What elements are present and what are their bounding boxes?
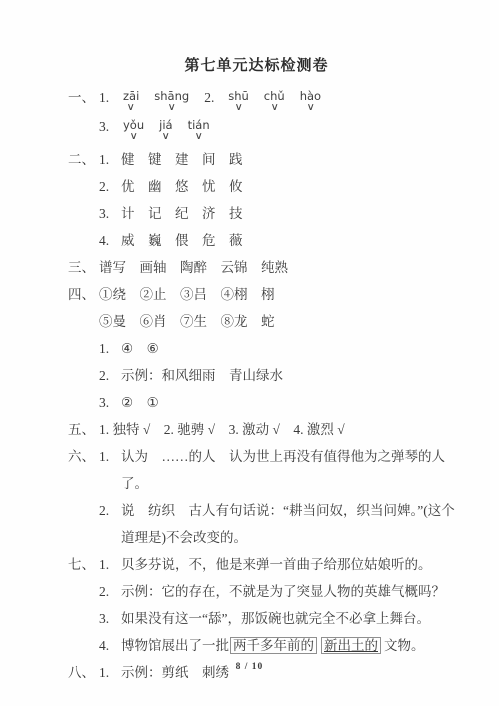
answer-text: 博物馆展出了一批 <box>121 638 229 653</box>
answer-text: ④ ⑥ <box>121 335 459 362</box>
tick-mark: ∨ <box>194 132 202 142</box>
section-7-row: 2. 示例：它的存在，不就是为了突显人物的英雄气概吗？ <box>68 578 459 605</box>
boxed-phrase: 两千多年前的 <box>230 637 317 654</box>
section-3-label: 三、 <box>68 254 99 281</box>
section-3-row: 三、 谱写 画轴 陶醉 云锦 纯熟 <box>68 254 459 281</box>
section-2-row: 二、 1. 健 键 建 间 践 <box>68 146 459 173</box>
item-number: 4. <box>99 227 121 254</box>
boxed-underlined-phrase: 新出土的 <box>321 637 381 654</box>
section-5-row: 五、 1. 独特 √ 2. 驰骋 √ 3. 激动 √ 4. 激烈 √ <box>68 416 459 443</box>
pinyin-answer: zāi∨ <box>123 90 139 113</box>
answer-text: 威 巍 偎 危 薇 <box>121 227 459 254</box>
answer-text: 优 幽 悠 忧 攸 <box>121 173 459 200</box>
pinyin-answer: chǔ∨ <box>264 90 285 113</box>
pinyin-answer: yǒu∨ <box>123 119 144 142</box>
pinyin-answer: shū∨ <box>228 90 249 113</box>
section-2-label: 二、 <box>68 146 99 173</box>
pinyin-answer: tián∨ <box>188 119 210 142</box>
section-7-label: 七、 <box>68 551 99 578</box>
item-number: 3. <box>99 119 123 134</box>
section-2-row: 2. 优 幽 悠 忧 攸 <box>68 173 459 200</box>
answer-text: 计 记 纪 济 技 <box>121 200 459 227</box>
section-2-row: 3. 计 记 纪 济 技 <box>68 200 459 227</box>
answer-text: 贝多芬说，不，他是来弹一首曲子给那位姑娘听的。 <box>121 551 459 578</box>
section-6-row-wrap: 道理是)不会改变的。 <box>68 524 459 551</box>
section-4-row: 2. 示例：和风细雨 青山绿水 <box>68 362 459 389</box>
answer-text: 示例：它的存在，不就是为了突显人物的英雄气概吗？ <box>121 578 459 605</box>
section-2-row: 4. 威 巍 偎 危 薇 <box>68 227 459 254</box>
page-title: 第七单元达标检测卷 <box>54 56 459 76</box>
pinyin-answer: shāng∨ <box>154 90 189 113</box>
page-content: 第七单元达标检测卷 一、 1. zāi∨ shāng∨ 2. shū∨ chǔ∨… <box>0 0 499 686</box>
item-number: 1. <box>99 146 121 173</box>
tick-mark: ∨ <box>168 103 176 113</box>
section-1-label: 一、 <box>68 90 99 105</box>
item-number: 3. <box>99 200 121 227</box>
tick-mark: ∨ <box>270 103 278 113</box>
item-number: 2. <box>99 578 121 605</box>
section-6-row: 六、 1. 认为 ……的人 认为世上再没有值得他为之弹琴的人了。 <box>68 443 459 497</box>
answer-text: ⑤曼 ⑥肖 ⑦生 ⑧龙 蛇 <box>99 308 459 335</box>
tick-mark: ∨ <box>234 103 242 113</box>
item-number: 1. <box>99 443 121 470</box>
section-7-row: 3. 如果没有这一“舔”，那饭碗也就完全不必拿上舞台。 <box>68 605 459 632</box>
answer-text-with-boxes: 博物馆展出了一批两千多年前的新出土的文物。 <box>121 632 459 659</box>
tick-mark: ∨ <box>129 132 137 142</box>
answer-text: ①绕 ②止 ③吕 ④栩 栩 <box>99 281 459 308</box>
section-6-label: 六、 <box>68 443 99 470</box>
section-4-row: 四、 ①绕 ②止 ③吕 ④栩 栩 <box>68 281 459 308</box>
section-4-row: 3. ② ① <box>68 389 459 416</box>
section-6-row: 2. 说 纺织 古人有句话说：“耕当问奴，织当问婢。”(这个 <box>68 497 459 524</box>
section-4-row: 1. ④ ⑥ <box>68 335 459 362</box>
tick-mark: ∨ <box>162 132 170 142</box>
answer-text: 健 键 建 间 践 <box>121 146 459 173</box>
answer-text: 如果没有这一“舔”，那饭碗也就完全不必拿上舞台。 <box>121 605 459 632</box>
answer-text: 认为 ……的人 认为世上再没有值得他为之弹琴的人了。 <box>121 443 459 497</box>
pinyin-answer: hào∨ <box>300 90 321 113</box>
pinyin-group: yǒu∨ jiá∨ tián∨ <box>123 119 225 142</box>
section-1-row-1: 一、 1. zāi∨ shāng∨ 2. shū∨ chǔ∨ hào∨ <box>68 88 459 117</box>
exam-answer-page: 第七单元达标检测卷 一、 1. zāi∨ shāng∨ 2. shū∨ chǔ∨… <box>0 0 499 706</box>
answer-text-continued: 道理是)不会改变的。 <box>121 524 459 551</box>
answer-text: 谱写 画轴 陶醉 云锦 纯熟 <box>99 254 459 281</box>
page-number: 8 / 10 <box>0 662 499 672</box>
section-4-row: ⑤曼 ⑥肖 ⑦生 ⑧龙 蛇 <box>68 308 459 335</box>
answer-text: 文物。 <box>384 638 425 653</box>
item-number: 1. <box>99 335 121 362</box>
item-number: 3. <box>99 389 121 416</box>
tick-mark: ∨ <box>306 103 314 113</box>
tick-mark: ∨ <box>127 103 135 113</box>
pinyin-group: shū∨ chǔ∨ hào∨ <box>228 90 336 113</box>
pinyin-answer: jiá∨ <box>159 119 172 142</box>
answer-text: 1. 独特 √ 2. 驰骋 √ 3. 激动 √ 4. 激烈 √ <box>99 416 459 443</box>
section-7-row: 4. 博物馆展出了一批两千多年前的新出土的文物。 <box>68 632 459 659</box>
item-number: 3. <box>99 605 121 632</box>
item-number: 2. <box>99 362 121 389</box>
answer-text: 说 纺织 古人有句话说：“耕当问奴，织当问婢。”(这个 <box>121 497 459 524</box>
section-7-row: 七、 1. 贝多芬说，不，他是来弹一首曲子给那位姑娘听的。 <box>68 551 459 578</box>
item-number: 1. <box>99 90 123 105</box>
section-1-row-2: 3. yǒu∨ jiá∨ tián∨ <box>68 117 459 146</box>
item-number: 4. <box>99 632 121 659</box>
section-4-label: 四、 <box>68 281 99 308</box>
item-number: 1. <box>99 551 121 578</box>
pinyin-group: zāi∨ shāng∨ <box>123 90 204 113</box>
item-number: 2. <box>204 90 228 105</box>
section-5-label: 五、 <box>68 416 99 443</box>
answer-text: 示例：和风细雨 青山绿水 <box>121 362 459 389</box>
item-number: 2. <box>99 173 121 200</box>
answer-text: ② ① <box>121 389 459 416</box>
item-number: 2. <box>99 497 121 524</box>
